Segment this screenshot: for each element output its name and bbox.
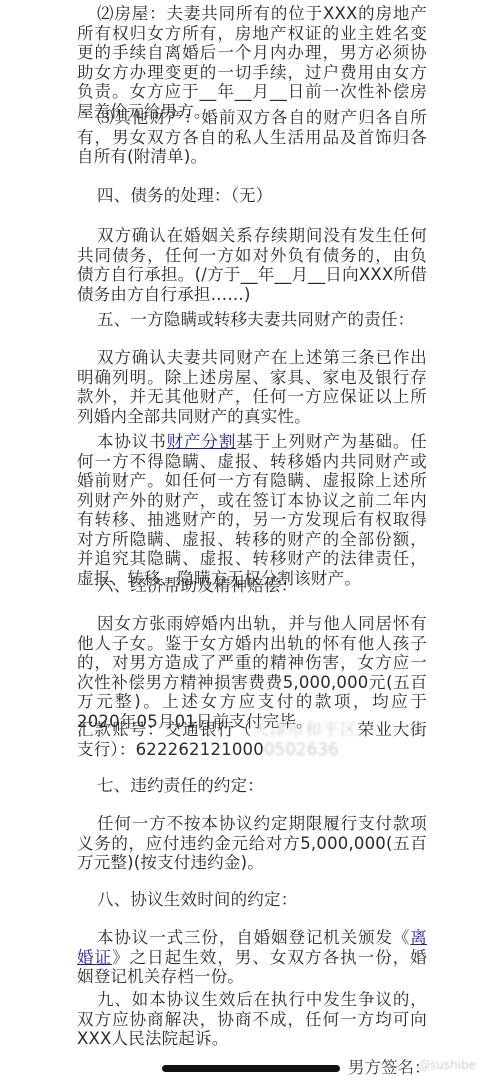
property-division-link[interactable]: 财产分割: [167, 432, 237, 451]
text: 本协议一式三份，自婚姻登记机关颁发《: [97, 928, 410, 947]
blurred-branch: 天津市和平区: [252, 720, 357, 739]
section-8-body: 本协议一式三份，自婚姻登记机关颁发《离婚证》之日起生效，男、女双方各执一份，婚姻…: [77, 928, 427, 987]
section-6-body: 因女方张雨婷婚内出轨，并与他人同居怀有他人子女。鉴于女方婚内出轨的怀有他人孩子的…: [77, 614, 427, 731]
section-5-body-1: 双方确认夫妻共同财产在上述第三条已作出明确列明。除上述房屋、家具、家电及银行存款…: [77, 348, 427, 426]
clause-number: ⑶: [97, 108, 114, 127]
text: 基于上列财产为基础。任何一方不得隐瞒、虚报、转移婚内共同财产或婚前财产。如任何一…: [77, 432, 427, 588]
section-8-heading: 八、协议生效时间的约定：: [77, 890, 427, 910]
section-6-heading: 六、经济帮助及精神赔偿：: [77, 576, 427, 596]
section-7-body: 任何一方不按本协议约定期限履行支付款项义务的，应付违约金元给对方5,000,00…: [77, 814, 427, 873]
clause-number: ⑵: [97, 4, 114, 23]
section-4-body: 双方确认在婚姻关系存续期间没有发生任何共同债务，任何一方如对外负有债务的，由负债…: [77, 226, 427, 304]
section-5-heading: 五、一方隐瞒或转移夫妻共同财产的责任：: [77, 310, 427, 330]
account-label: 汇款账号：交通银行（: [77, 720, 252, 739]
section-9-body: 九、如本协议生效后在执行中发生争议的，双方应协商解决，协商不成，任何一方均可向X…: [77, 990, 427, 1049]
remittance-account: 汇款账号：交通银行（天津市和平区荣业大街支行）：6222621210000502…: [77, 720, 427, 759]
clause-other-property: ⑶其他财产：婚前双方各自的财产归各自所有，男女双方各自的私人生活用品及首饰归各自…: [77, 108, 427, 167]
section-7-heading: 七、违约责任的约定：: [77, 776, 427, 796]
section-5-body-2: 本协议书财产分割基于上列财产为基础。任何一方不得隐瞒、虚报、转移婚内共同财产或婚…: [77, 432, 427, 588]
section-4-heading: 四、债务的处理：（无）: [77, 186, 427, 206]
clause-text: 其他财产：婚前双方各自的财产归各自所有，男女双方各自的私人生活用品及首饰归各自所…: [77, 108, 427, 166]
redaction-bar: [162, 1065, 340, 1072]
text: 本协议书: [97, 432, 167, 451]
blurred-account-number: 0502636: [264, 740, 339, 759]
weibo-watermark: @sushibe: [418, 1058, 476, 1072]
clause-house: ⑵房屋：夫妻共同所有的位于XXX的房地产所有权归女方所有，房地产权证的业主姓名变…: [77, 4, 427, 121]
text: 》之日起生效，男、女双方各执一份，婚姻登记机关存档一份。: [77, 948, 427, 987]
clause-text: 房屋：夫妻共同所有的位于XXX的房地产所有权归女方所有，房地产权证的业主姓名变更…: [77, 4, 427, 121]
account-number: 622262121000: [136, 740, 264, 759]
